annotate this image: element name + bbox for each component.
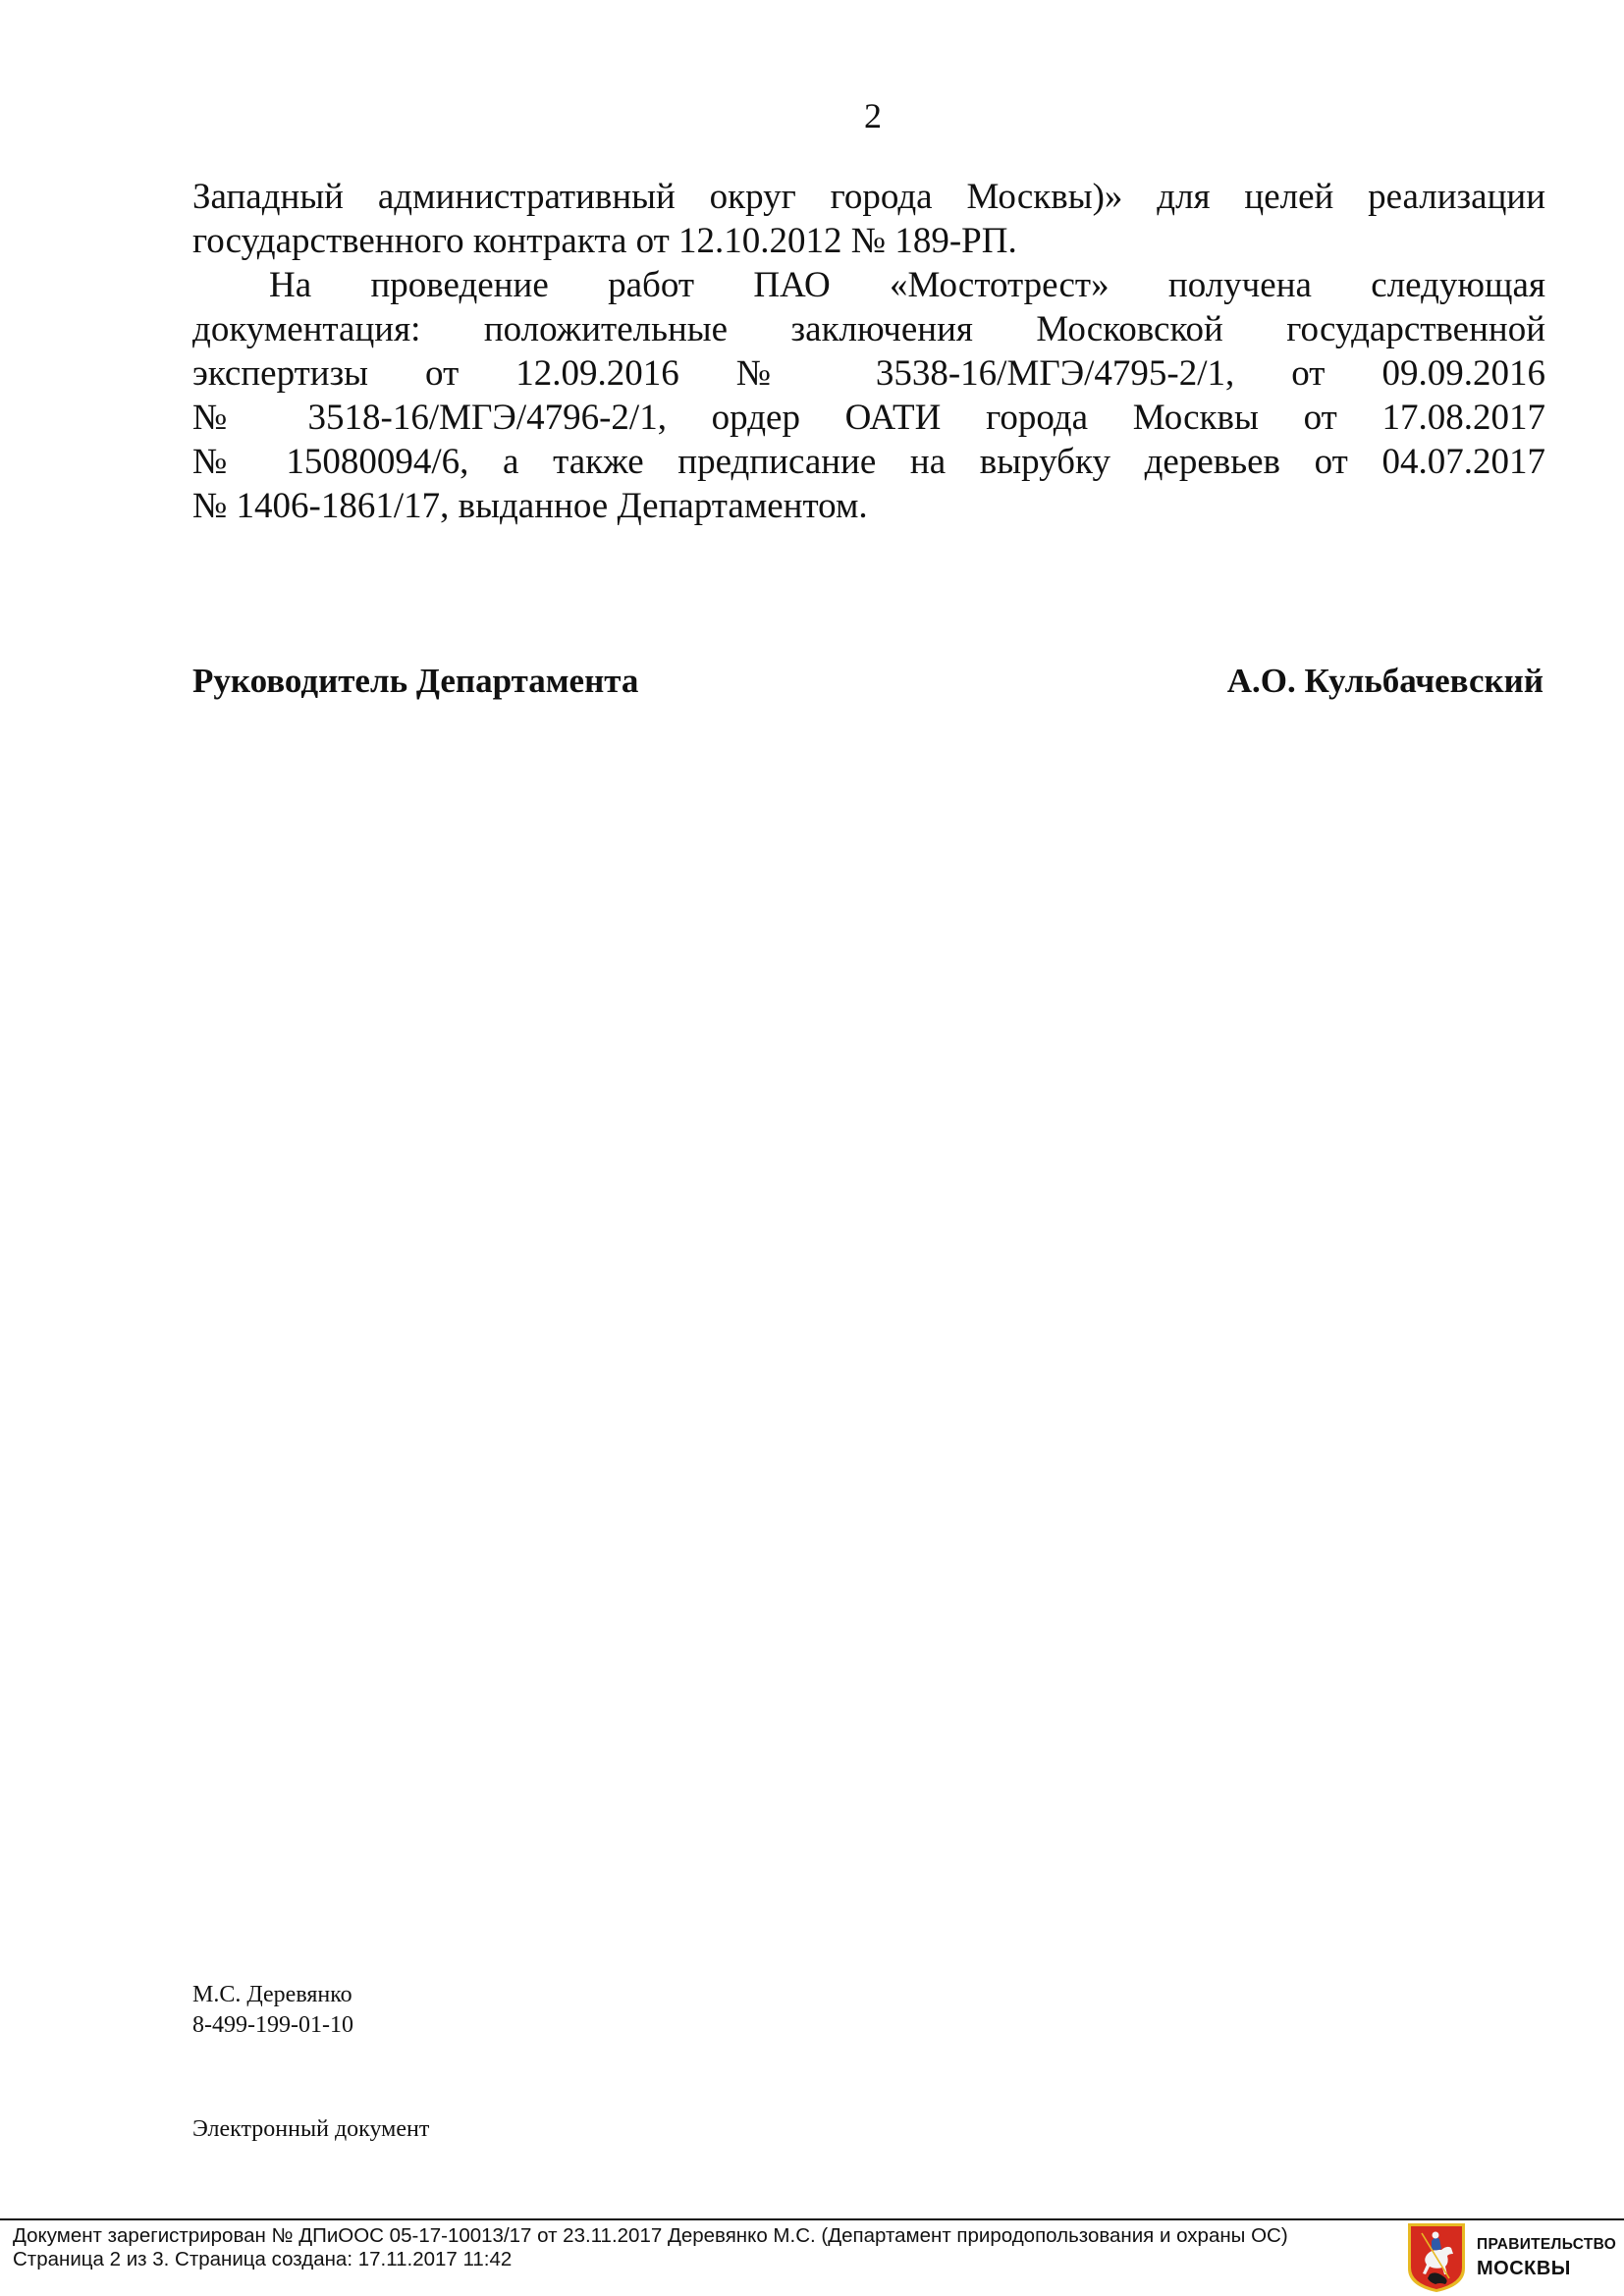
signatory-position: Руководитель Департамента <box>192 660 638 703</box>
page-number: 2 <box>0 94 1624 137</box>
text-line: Западный административный округ города М… <box>192 175 1545 219</box>
logo-line-2: МОСКВЫ <box>1477 2256 1616 2281</box>
text-line: № 1406-1861/17, выданное Департаментом. <box>192 484 1545 528</box>
logo-line-1: ПРАВИТЕЛЬСТВО <box>1477 2234 1616 2256</box>
text-line: государственного контракта от 12.10.2012… <box>192 219 1545 263</box>
moscow-coat-of-arms-icon <box>1406 2221 1467 2294</box>
executor-name: М.С. Деревянко <box>192 1980 353 2010</box>
executor-phone: 8-499-199-01-10 <box>192 2010 353 2041</box>
text-line: № 3518-16/МГЭ/4796-2/1, ордер ОАТИ город… <box>192 396 1545 440</box>
electronic-document-note: Электронный документ <box>192 2114 429 2145</box>
executor-block: М.С. Деревянко 8-499-199-01-10 <box>192 1980 353 2041</box>
footer-registration: Документ зарегистрирован № ДПиООС 05-17-… <box>13 2224 1288 2271</box>
paragraph-1: Западный административный округ города М… <box>192 175 1545 263</box>
paragraph-2: На проведение работ ПАО «Мостотрест» пол… <box>192 263 1545 528</box>
moscow-government-label: ПРАВИТЕЛЬСТВО МОСКВЫ <box>1477 2234 1616 2281</box>
page-info-line: Страница 2 из 3. Страница создана: 17.11… <box>13 2248 1288 2271</box>
text-line: На проведение работ ПАО «Мостотрест» пол… <box>192 263 1545 307</box>
signature-block: Руководитель Департамента А.О. Кульбачев… <box>192 660 1543 703</box>
document-body: Западный административный округ города М… <box>192 175 1545 528</box>
text-line: экспертизы от 12.09.2016 № 3538-16/МГЭ/4… <box>192 351 1545 396</box>
text-line: № 15080094/6, а также предписание на выр… <box>192 440 1545 484</box>
registration-line: Документ зарегистрирован № ДПиООС 05-17-… <box>13 2224 1288 2248</box>
text-line: документация: положительные заключения М… <box>192 307 1545 351</box>
signatory-name: А.О. Кульбачевский <box>1227 660 1543 703</box>
footer-divider <box>0 2218 1624 2220</box>
